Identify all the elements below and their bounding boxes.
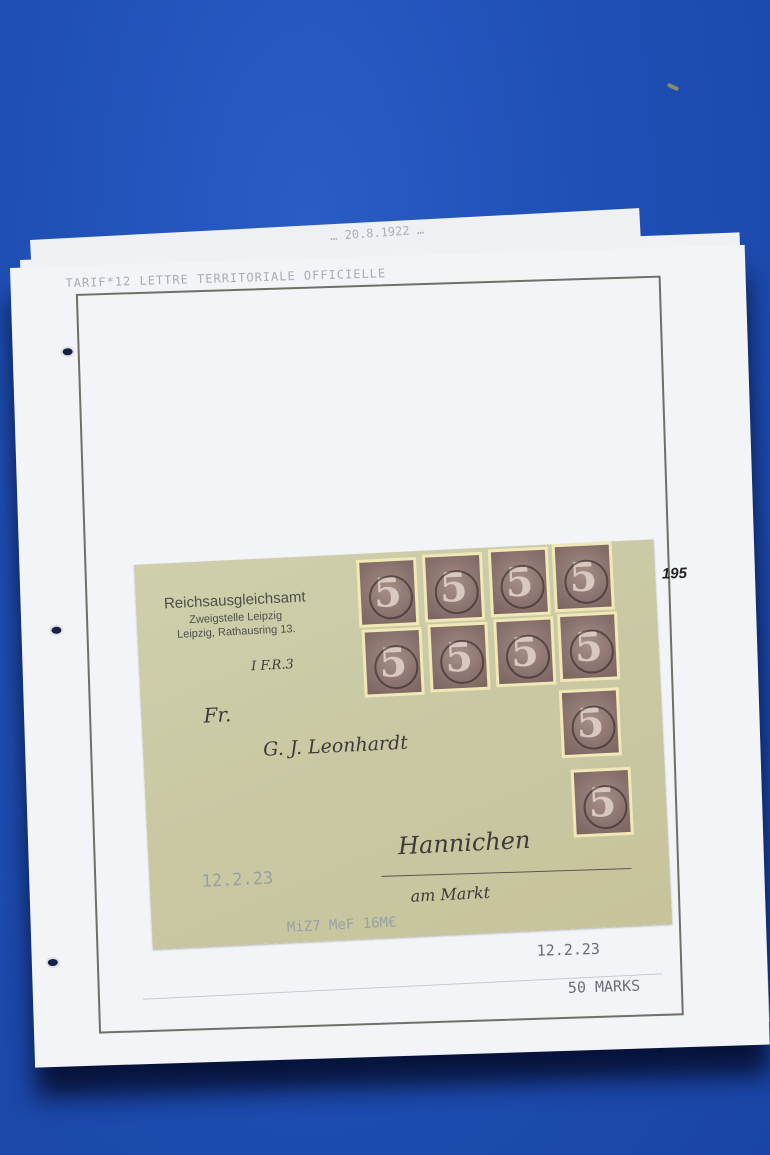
binder-hole-top (60, 346, 74, 357)
stamp: 5 (571, 767, 634, 838)
pencil-date: 12.2.23 (201, 868, 274, 891)
stamp: 5 (559, 687, 622, 758)
postal-cover: Reichsausgleichsamt Zweigstelle Leipzig … (134, 539, 672, 949)
album-page: TARIF*12 LETTRE TERRITORIALE OFFICIELLE … (10, 245, 770, 1068)
reference-note: I F.R.3 (251, 657, 294, 674)
stamp: 5 (493, 616, 556, 687)
stamp: 5 (488, 547, 551, 618)
binder-hole-bottom (46, 957, 60, 968)
debris-speck (667, 83, 680, 92)
caption-rate: 50 MARKS (568, 977, 641, 997)
binder-hole-middle (49, 625, 63, 636)
page-number: 195 (662, 565, 688, 583)
pencil-catalog-note: MiZ7 MeF 16M€ (287, 914, 397, 935)
sender-block: Reichsausgleichsamt Zweigstelle Leipzig … (164, 588, 308, 641)
stamp: 5 (422, 552, 485, 623)
stamp: 5 (557, 611, 620, 682)
addressee-city: Hannichen (397, 826, 531, 860)
stamp: 5 (362, 627, 425, 698)
addressee-name: G. J. Leonhardt (263, 732, 409, 761)
back-page-header-note: … 20.8.1922 … (330, 223, 425, 244)
salutation: Fr. (203, 702, 232, 727)
stamp: 5 (427, 622, 490, 693)
caption-date: 12.2.23 (536, 940, 600, 960)
addressee-street: am Markt (410, 883, 490, 906)
stamp: 5 (552, 541, 615, 612)
stamp: 5 (356, 557, 419, 628)
address-underline (382, 868, 632, 877)
